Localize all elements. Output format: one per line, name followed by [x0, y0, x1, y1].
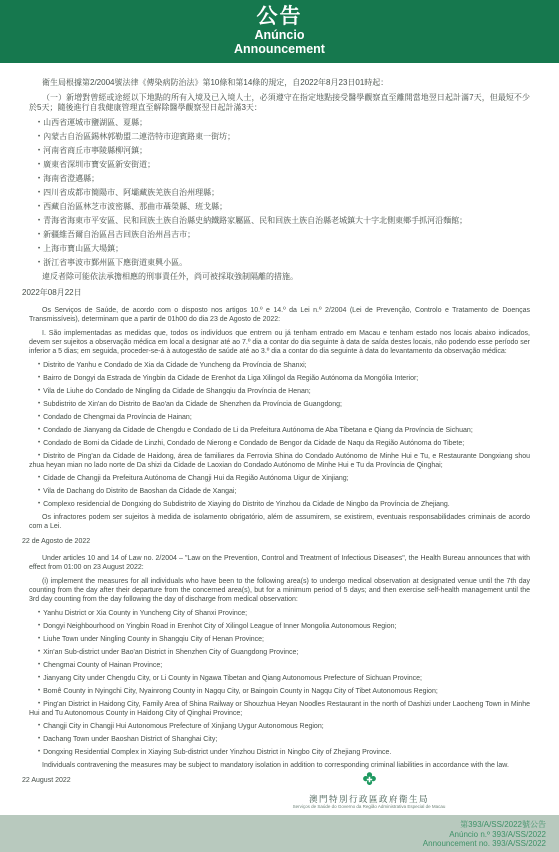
list-item: •Distrito de Yanhu e Condado de Xia da C… — [29, 361, 530, 370]
list-item-text: 內蒙古自治區錫林郭勒盟二連浩特市迎賓路東一街坊； — [43, 132, 235, 141]
list-item-text: Liuhe Town under Ningling County in Shan… — [43, 636, 264, 643]
list-item-text: 四川省成都市簡陽市、阿壩藏族羌族自治州理縣； — [43, 188, 219, 197]
list-item-text: Distrito de Yanhu e Condado de Xia da Ci… — [43, 362, 306, 369]
bullet-icon: • — [38, 204, 40, 210]
bullet-icon: • — [38, 414, 40, 420]
list-item-text: 山西省運城市鹽湖區、夏縣； — [43, 118, 147, 127]
reference-number-zh: 第393/A/SS/2022號公告 — [423, 820, 546, 830]
bullet-icon: • — [38, 688, 40, 694]
list-item: •Dachang Town under Baoshan District of … — [29, 735, 530, 744]
list-item: •Vila de Liuhe do Condado de Ningling da… — [29, 387, 530, 396]
bullet-icon: • — [38, 736, 40, 742]
list-item-text: Vila de Liuhe do Condado de Ningling da … — [43, 388, 311, 395]
list-item: •河南省商丘市寧陵縣柳河鎮； — [29, 146, 530, 156]
list-item: •Cidade de Changji da Prefeitura Autónom… — [29, 474, 530, 483]
list-item-text: Condado de Chengmai da Província de Hain… — [43, 414, 192, 421]
list-item: •Dongyi Neighbourhood on Yingbin Road in… — [29, 622, 530, 631]
bullet-icon: • — [38, 427, 40, 433]
list-item: •Subdistrito de Xin'an do Distrito de Ba… — [29, 400, 530, 409]
list-item: •Condado de Bomi da Cidade de Linzhi, Co… — [29, 439, 530, 448]
bullet-icon: • — [38, 440, 40, 446]
list-item: •廣東省深圳市寶安區新安街道； — [29, 160, 530, 170]
list-item-text: Bairro de Dongyi da Estrada de Yingbin d… — [43, 375, 418, 382]
health-bureau-logo-icon — [361, 771, 378, 788]
list-item: •Bairro de Dongyi da Estrada de Yingbin … — [29, 374, 530, 383]
list-item-text: Yanhu District or Xia County in Yuncheng… — [43, 610, 247, 617]
list-item: •海南省澄邁縣； — [29, 174, 530, 184]
list-item: •Chengmai County of Hainan Province; — [29, 661, 530, 670]
list-item: •Yanhu District or Xia County in Yunchen… — [29, 609, 530, 618]
list-item-text: 河南省商丘市寧陵縣柳河鎮； — [43, 146, 147, 155]
bullet-icon: • — [38, 232, 40, 238]
list-item-text: Jianyang City under Chengdu City, or Li … — [43, 675, 422, 682]
page-title-zh: 公告 — [0, 5, 559, 29]
intro-paragraph-zh: 衛生局根據第2/2004號法律《傳染病防治法》第10條和第14條的規定，自202… — [29, 78, 530, 88]
bullet-icon: • — [38, 120, 40, 126]
health-bureau-signature: 澳門特別行政區政府衛生局 Serviços de Saúde do Govern… — [219, 771, 519, 810]
bullet-icon: • — [38, 723, 40, 729]
bullet-icon: • — [38, 190, 40, 196]
section-chinese: 衛生局根據第2/2004號法律《傳染病防治法》第10條和第14條的規定，自202… — [29, 78, 530, 298]
bullet-icon: • — [38, 488, 40, 494]
bullet-icon: • — [38, 475, 40, 481]
list-item: •Complexo residencial de Dongxing do Sub… — [29, 500, 530, 509]
bullet-icon: • — [38, 148, 40, 154]
date-zh: 2022年08月22日 — [22, 288, 530, 298]
list-item: •西藏自治區林芝市波密縣、那曲市聶榮縣、班戈縣； — [29, 202, 530, 212]
date-pt: 22 de Agosto de 2022 — [22, 537, 530, 546]
bullet-icon: • — [38, 636, 40, 642]
list-item: •山西省運城市鹽湖區、夏縣； — [29, 118, 530, 128]
list-item: •Jianyang City under Chengdu City, or Li… — [29, 674, 530, 683]
bullet-icon: • — [38, 675, 40, 681]
measure-paragraph-en: (i) implement the measures for all indiv… — [29, 577, 530, 604]
page-title-pt: Anúncio — [0, 29, 559, 43]
list-item: •Condado de Chengmai da Província de Hai… — [29, 413, 530, 422]
list-item-text: Dachang Town under Baoshan District of S… — [43, 736, 217, 743]
bullet-icon: • — [38, 375, 40, 381]
list-item-text: Chengmai County of Hainan Province; — [43, 662, 162, 669]
list-item-text: 廣東省深圳市寶安區新安街道； — [43, 160, 155, 169]
bullet-icon: • — [38, 134, 40, 140]
list-item: •新疆維吾爾自治區昌吉回族自治州昌吉市； — [29, 230, 530, 240]
bullet-icon: • — [38, 501, 40, 507]
bullet-icon: • — [38, 610, 40, 616]
closing-paragraph-pt: Os infractores podem ser sujeitos à medi… — [29, 513, 530, 531]
intro-paragraph-pt: Os Serviços de Saúde, de acordo com o di… — [29, 306, 530, 324]
intro-paragraph-en: Under articles 10 and 14 of Law no. 2/20… — [29, 554, 530, 572]
list-item-text: Vila de Dachang do Distrito de Baoshan d… — [43, 488, 236, 495]
list-item-text: Cidade de Changji da Prefeitura Autónoma… — [43, 475, 348, 482]
list-item: •Changji City in Changji Hui Autonomous … — [29, 722, 530, 731]
list-item-text: 海南省澄邁縣； — [43, 174, 99, 183]
bullet-icon: • — [38, 246, 40, 252]
list-item-text: Complexo residencial de Dongxing do Subd… — [43, 501, 450, 508]
bullet-icon: • — [38, 649, 40, 655]
location-list-zh: •山西省運城市鹽湖區、夏縣； •內蒙古自治區錫林郭勒盟二連浩特市迎賓路東一街坊；… — [29, 118, 530, 268]
section-portuguese: Os Serviços de Saúde, de acordo com o di… — [29, 306, 530, 546]
reference-numbers: 第393/A/SS/2022號公告 Anúncio n.º 393/A/SS/2… — [423, 820, 546, 849]
closing-paragraph-zh: 違反者除可能依法承擔相應的刑事責任外，尚可被採取強制隔離的措施。 — [29, 272, 530, 282]
list-item: •四川省成都市簡陽市、阿壩藏族羌族自治州理縣； — [29, 188, 530, 198]
bullet-icon: • — [38, 176, 40, 182]
bullet-icon: • — [38, 749, 40, 755]
list-item: •Bomê County in Nyingchi City, Nyainrong… — [29, 687, 530, 696]
list-item-text: 西藏自治區林芝市波密縣、那曲市聶榮縣、班戈縣； — [43, 202, 227, 211]
list-item-text: Dongxing Residential Complex in Xiaying … — [43, 749, 391, 756]
list-item: •內蒙古自治區錫林郭勒盟二連浩特市迎賓路東一街坊； — [29, 132, 530, 142]
list-item: •Liuhe Town under Ningling County in Sha… — [29, 635, 530, 644]
location-list-pt: •Distrito de Yanhu e Condado de Xia da C… — [29, 361, 530, 509]
list-item: •Distrito de Ping'an da Cidade de Haidon… — [29, 452, 530, 470]
announcement-page: 公告 Anúncio Announcement 衛生局根據第2/2004號法律《… — [0, 0, 559, 852]
bullet-icon: • — [38, 218, 40, 224]
bullet-icon: • — [38, 388, 40, 394]
list-item-text: Condado de Bomi da Cidade de Linzhi, Con… — [43, 440, 464, 447]
page-title-en: Announcement — [0, 43, 559, 57]
list-item: •青海省海東市平安區、民和回族土族自治縣史納鐵路家屬區、民和回族土族自治縣老城鎮… — [29, 216, 530, 226]
list-item: •Xin'an Sub-district under Bao'an Distri… — [29, 648, 530, 657]
list-item-text: 浙江省寧波市鄞州區下應街道東興小區。 — [43, 258, 187, 267]
reference-number-en: Announcement no. 393/A/SS/2022 — [423, 839, 546, 849]
bureau-name-zh: 澳門特別行政區政府衛生局 — [219, 794, 519, 804]
bullet-icon: • — [38, 401, 40, 407]
list-item-text: Subdistrito de Xin'an do Distrito de Bao… — [43, 401, 342, 408]
list-item: •Condado de Jianyang da Cidade de Chengd… — [29, 426, 530, 435]
list-item: •浙江省寧波市鄞州區下應街道東興小區。 — [29, 258, 530, 268]
list-item-text: Distrito de Ping'an da Cidade de Haidong… — [29, 453, 530, 469]
bullet-icon: • — [38, 362, 40, 368]
bullet-icon: • — [38, 260, 40, 266]
announcement-body: 衛生局根據第2/2004號法律《傳染病防治法》第10條和第14條的規定，自202… — [0, 63, 559, 785]
bullet-icon: • — [38, 162, 40, 168]
footer-band: 第393/A/SS/2022號公告 Anúncio n.º 393/A/SS/2… — [0, 815, 559, 852]
reference-number-pt: Anúncio n.º 393/A/SS/2022 — [423, 830, 546, 840]
list-item-text: Changji City in Changji Hui Autonomous P… — [43, 723, 324, 730]
bureau-name-pt: Serviços de Saúde do Governo da Região A… — [219, 804, 519, 810]
list-item-text: Dongyi Neighbourhood on Yingbin Road in … — [43, 623, 396, 630]
location-list-en: •Yanhu District or Xia County in Yunchen… — [29, 609, 530, 757]
list-item-text: Ping'an District in Haidong City, Family… — [29, 701, 530, 717]
closing-paragraph-en: Individuals contravening the measures ma… — [29, 761, 530, 770]
header-banner: 公告 Anúncio Announcement — [0, 0, 559, 63]
list-item-text: Condado de Jianyang da Cidade de Chengdu… — [43, 427, 473, 434]
list-item-text: 上海市寶山區大場鎮； — [43, 244, 123, 253]
measure-paragraph-zh: （一）新增對曾經或途經以下地點的所有入境及已入境人士，必須遵守在指定地點接受醫學… — [29, 93, 530, 113]
bullet-icon: • — [38, 701, 40, 707]
measure-paragraph-pt: I. São implementadas as medidas que, tod… — [29, 329, 530, 356]
list-item: •Vila de Dachang do Distrito de Baoshan … — [29, 487, 530, 496]
list-item-text: 新疆維吾爾自治區昌吉回族自治州昌吉市； — [43, 230, 195, 239]
bullet-icon: • — [38, 623, 40, 629]
list-item: •Dongxing Residential Complex in Xiaying… — [29, 748, 530, 757]
bullet-icon: • — [38, 662, 40, 668]
list-item-text: Xin'an Sub-district under Bao'an Distric… — [43, 649, 298, 656]
list-item-text: 青海省海東市平安區、民和回族土族自治縣史納鐵路家屬區、民和回族土族自治縣老城鎮大… — [43, 216, 467, 225]
section-english: Under articles 10 and 14 of Law no. 2/20… — [29, 554, 530, 785]
list-item: •上海市寶山區大場鎮； — [29, 244, 530, 254]
list-item: •Ping'an District in Haidong City, Famil… — [29, 700, 530, 718]
list-item-text: Bomê County in Nyingchi City, Nyainrong … — [43, 688, 438, 695]
bullet-icon: • — [38, 453, 40, 459]
